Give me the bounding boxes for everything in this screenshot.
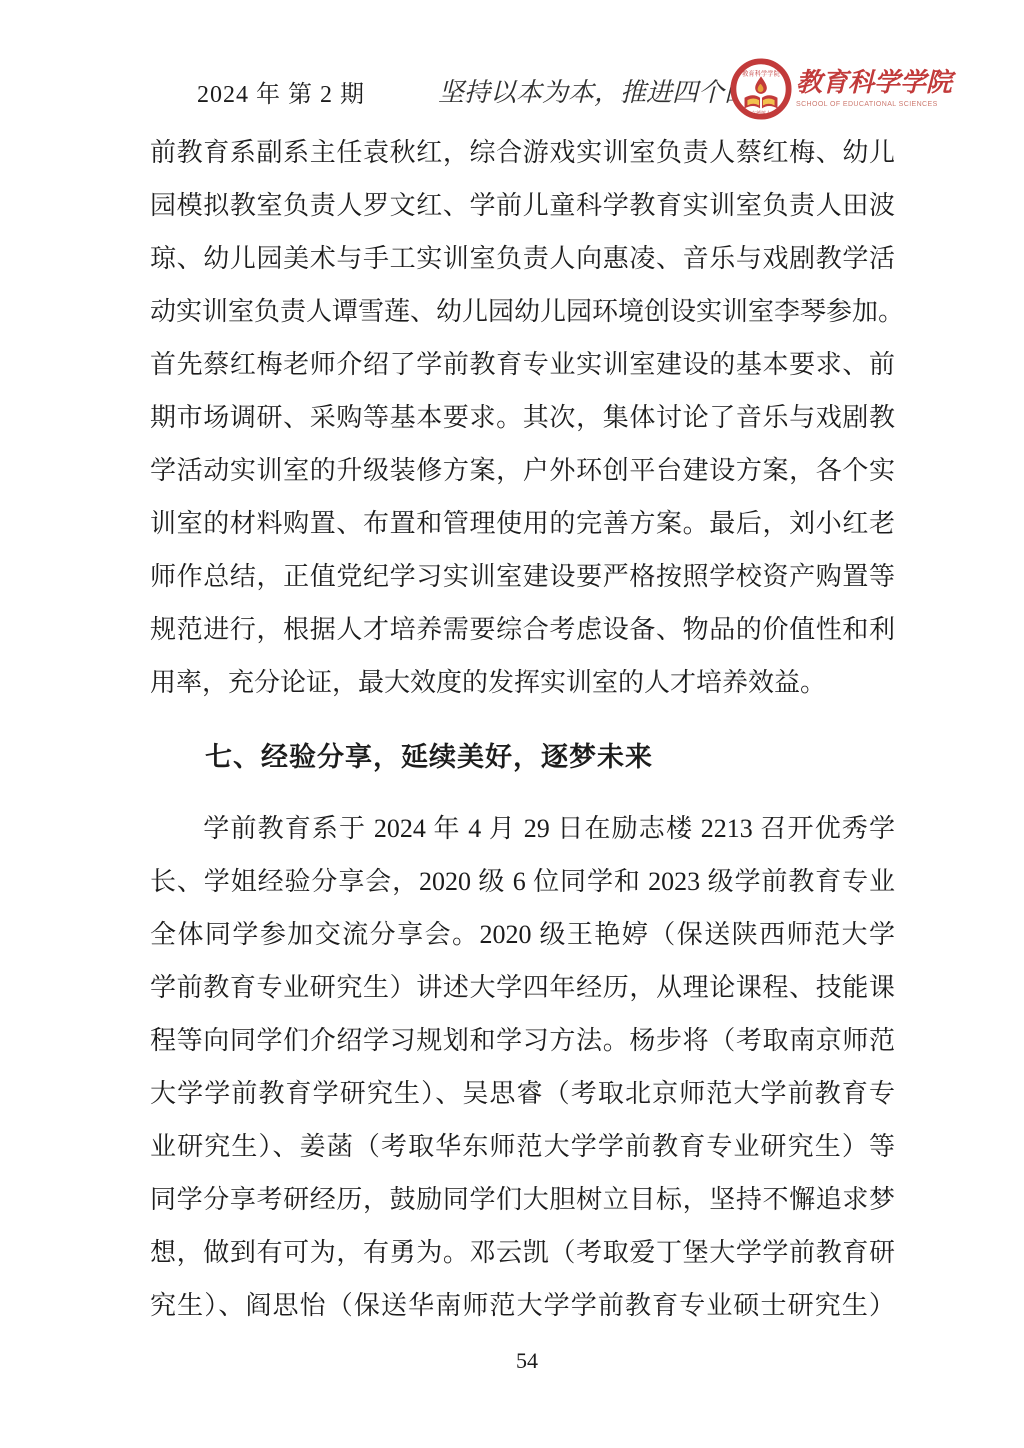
text-line: 长、学姐经验分享会，2020 级 6 位同学和 2023 级学前教育专业	[150, 855, 895, 908]
text-line: 想，做到有可为，有勇为。邓云凯（考取爱丁堡大学学前教育研	[150, 1226, 895, 1279]
text-line: 学前教育专业研究生）讲述大学四年经历，从理论课程、技能课	[150, 961, 895, 1014]
text-line: 同学分享考研经历，鼓励同学们大胆树立目标，坚持不懈追求梦	[150, 1173, 895, 1226]
text-line: 训室的材料购置、布置和管理使用的完善方案。最后，刘小红老	[150, 497, 895, 550]
header-slogan: 坚持以本为本，推进四个回归	[438, 72, 776, 109]
text-line: 师作总结，正值党纪学习实训室建设要严格按照学校资产购置等	[150, 550, 895, 603]
text-line: 全体同学参加交流分享会。2020 级王艳婷（保送陕西师范大学	[150, 908, 895, 961]
text-line: 业研究生）、姜菡（考取华东师范大学学前教育专业研究生）等	[150, 1120, 895, 1173]
org-name: 教育科学学院	[796, 62, 916, 99]
text-line: 前教育系副系主任袁秋红，综合游戏实训室负责人蔡红梅、幼儿	[150, 126, 895, 179]
svg-text:· 立德树人 ·: · 立德树人 ·	[749, 110, 774, 117]
text-line: 程等向同学们介绍学习规划和学习方法。杨步将（考取南京师范	[150, 1014, 895, 1067]
section-heading: 七、经验分享，延续美好，逐梦未来	[150, 731, 950, 784]
text-line: 大学学前教育学研究生）、吴思睿（考取北京师范大学前教育专	[150, 1067, 895, 1120]
body-paragraph-2: 学前教育系于 2024 年 4 月 29 日在励志楼 2213 召开优秀学长、学…	[150, 802, 895, 1332]
text-line: 首先蔡红梅老师介绍了学前教育专业实训室建设的基本要求、前	[150, 338, 895, 391]
school-logo-icon: 教育科学学院 · 立德树人 ·	[730, 57, 792, 121]
text-line: 用率，充分论证，最大效度的发挥实训室的人才培养效益。	[150, 656, 895, 709]
text-line: 究生）、阎思怡（保送华南师范大学学前教育专业硕士研究生）	[150, 1279, 895, 1332]
org-name-block: 教育科学学院 SCHOOL OF EDUCATIONAL SCIENCES	[796, 62, 916, 108]
text-line: 动实训室负责人谭雪莲、幼儿园幼儿园环境创设实训室李琴参加。	[150, 285, 895, 338]
text-line: 学活动实训室的升级装修方案，户外环创平台建设方案，各个实	[150, 444, 895, 497]
org-name-english: SCHOOL OF EDUCATIONAL SCIENCES	[796, 101, 916, 108]
page-number: 54	[0, 1348, 1024, 1374]
body-paragraph-1: 前教育系副系主任袁秋红，综合游戏实训室负责人蔡红梅、幼儿园模拟教室负责人罗文红、…	[150, 126, 895, 709]
text-line: 学前教育系于 2024 年 4 月 29 日在励志楼 2213 召开优秀学	[150, 802, 895, 855]
text-line: 琼、幼儿园美术与手工实训室负责人向惠凌、音乐与戏剧教学活	[150, 232, 895, 285]
issue-label: 2024 年 第 2 期	[197, 74, 365, 109]
text-line: 规范进行，根据人才培养需要综合考虑设备、物品的价值性和利	[150, 603, 895, 656]
text-line: 期市场调研、采购等基本要求。其次，集体讨论了音乐与戏剧教	[150, 391, 895, 444]
text-line: 园模拟教室负责人罗文红、学前儿童科学教育实训室负责人田波	[150, 179, 895, 232]
svg-text:教育科学学院: 教育科学学院	[742, 68, 780, 77]
document-page: 2024 年 第 2 期 坚持以本为本，推进四个回归 教育科学学院 · 立德树人…	[0, 0, 1024, 1448]
